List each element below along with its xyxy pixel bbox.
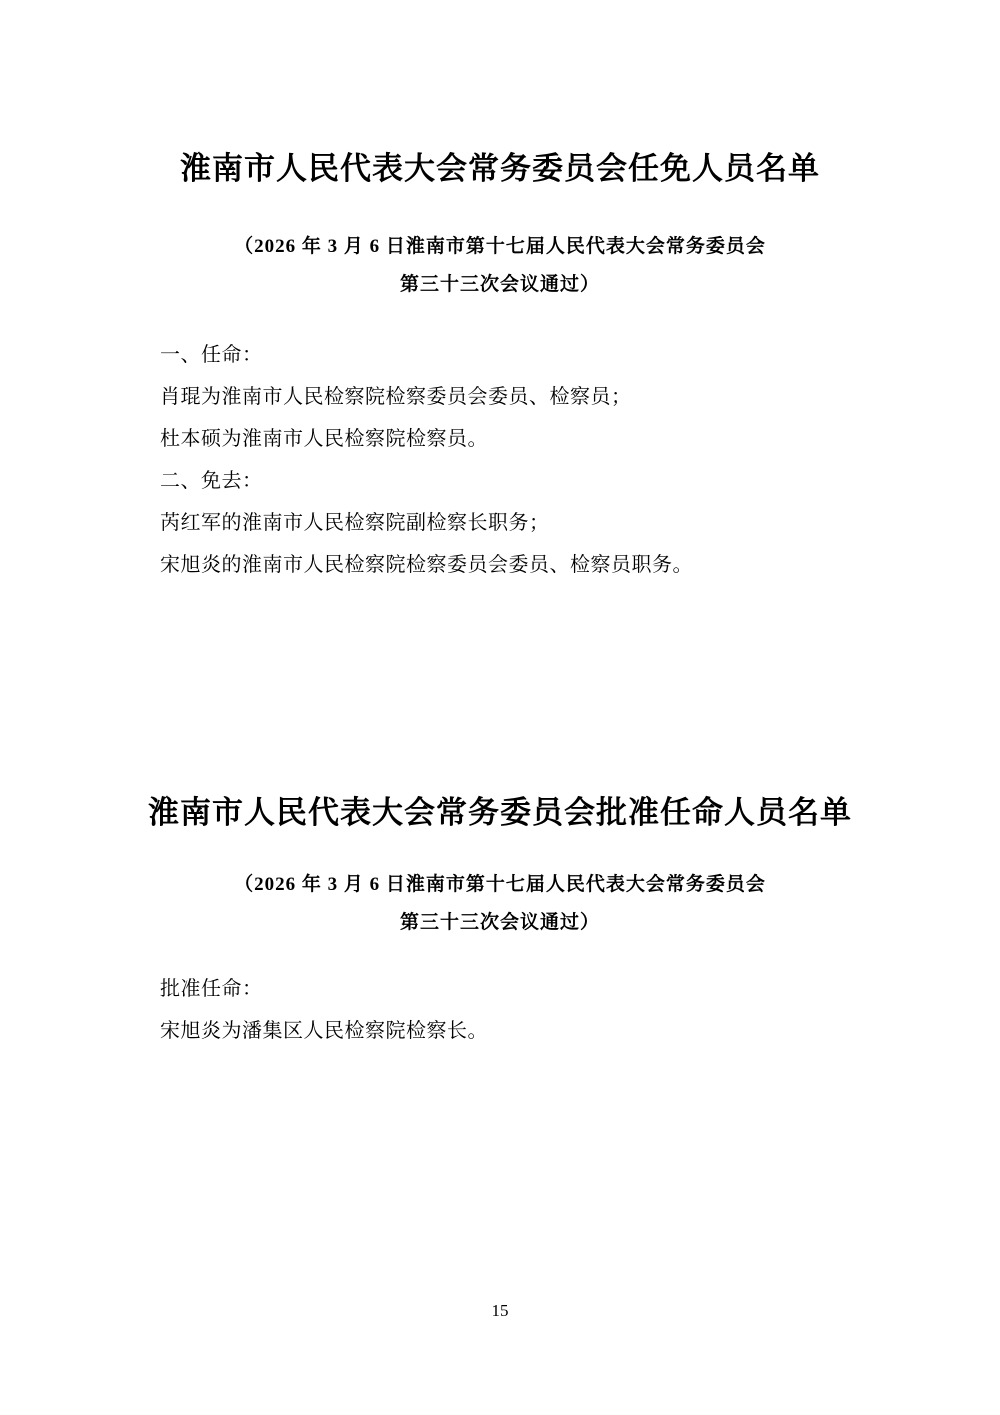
- section-1-subtitle-line-2: 第三十三次会议通过）: [0, 266, 1000, 304]
- section-1-subtitle-line-1: （2026 年 3 月 6 日淮南市第十七届人民代表大会常务委员会: [0, 228, 1000, 266]
- section-1-paragraph-heading-appoint: 一、任命：: [160, 334, 880, 376]
- section-1-paragraph-appointee-1: 肖琨为淮南市人民检察院检察委员会委员、检察员；: [160, 376, 880, 418]
- section-1-paragraph-appointee-2: 杜本硕为淮南市人民检察院检察员。: [160, 418, 880, 460]
- document-page: 淮南市人民代表大会常务委员会任免人员名单 （2026 年 3 月 6 日淮南市第…: [0, 0, 1000, 1415]
- section-1-title: 淮南市人民代表大会常务委员会任免人员名单: [0, 152, 1000, 185]
- section-2-subtitle: （2026 年 3 月 6 日淮南市第十七届人民代表大会常务委员会 第三十三次会…: [0, 866, 1000, 942]
- section-2-subtitle-line-1: （2026 年 3 月 6 日淮南市第十七届人民代表大会常务委员会: [0, 866, 1000, 904]
- section-2-body: 批准任命： 宋旭炎为潘集区人民检察院检察长。: [160, 968, 880, 1052]
- section-1-paragraph-removee-2: 宋旭炎的淮南市人民检察院检察委员会委员、检察员职务。: [160, 544, 880, 586]
- section-2-subtitle-line-2: 第三十三次会议通过）: [0, 904, 1000, 942]
- section-1-paragraph-removee-1: 芮红军的淮南市人民检察院副检察长职务；: [160, 502, 880, 544]
- section-2-paragraph-appointee-1: 宋旭炎为潘集区人民检察院检察长。: [160, 1010, 880, 1052]
- page-number: 15: [0, 1301, 1000, 1321]
- section-1-paragraph-heading-remove: 二、免去：: [160, 460, 880, 502]
- section-1-body: 一、任命： 肖琨为淮南市人民检察院检察委员会委员、检察员； 杜本硕为淮南市人民检…: [160, 334, 880, 586]
- section-1-subtitle: （2026 年 3 月 6 日淮南市第十七届人民代表大会常务委员会 第三十三次会…: [0, 228, 1000, 304]
- section-2-paragraph-heading-approve: 批准任命：: [160, 968, 880, 1010]
- section-2-title: 淮南市人民代表大会常务委员会批准任命人员名单: [0, 796, 1000, 829]
